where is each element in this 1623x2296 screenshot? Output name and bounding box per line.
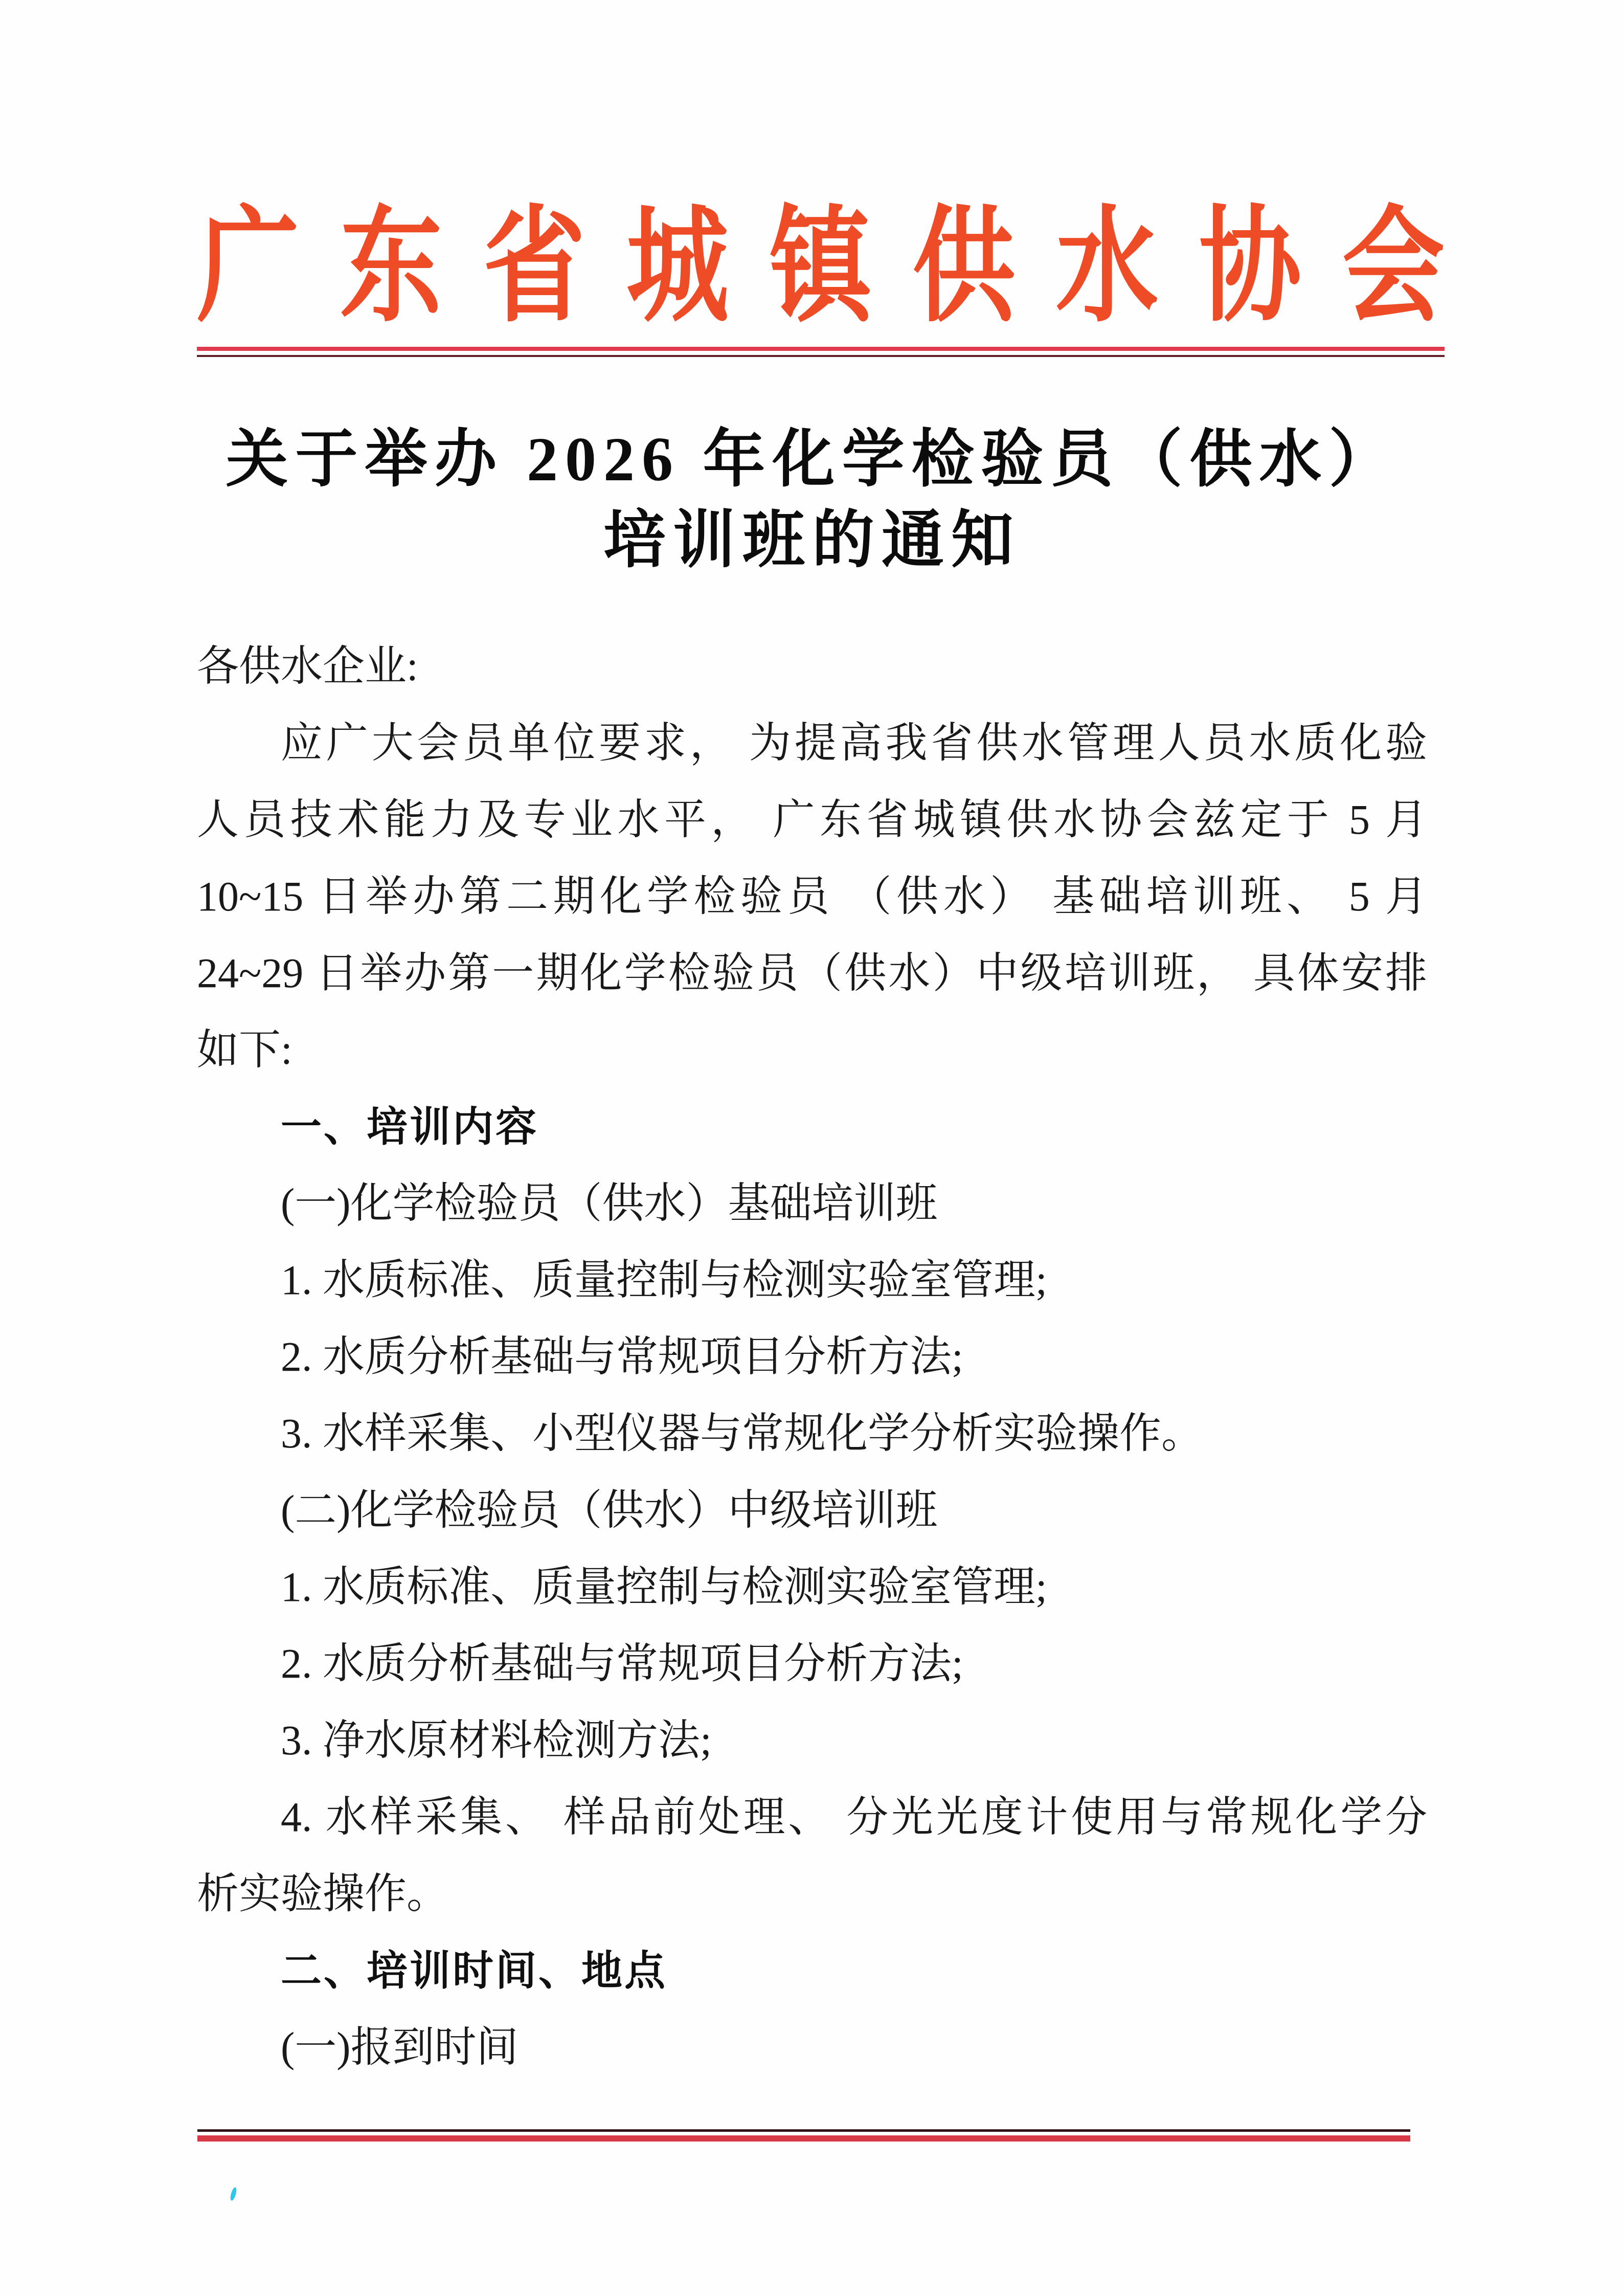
intro-line-2: 人员技术能力及专业水平， 广东省城镇供水协会兹定于 5 月 [197, 782, 1427, 858]
basic-class-item-2: 2. 水质分析基础与常规项目分析方法; [197, 1319, 1427, 1395]
intermediate-class-item-4-line-1: 4. 水样采集、 样品前处理、 分光光度计使用与常规化学分 [197, 1779, 1427, 1856]
organization-letterhead: 广 东 省 城 镇 供 水 协 会 [197, 206, 1445, 330]
report-time-subheading: (一)报到时间 [197, 2009, 1427, 2086]
cyan-pen-mark [229, 2187, 237, 2201]
intro-line-1: 应广大会员单位要求， 为提高我省供水管理人员水质化验 [197, 705, 1427, 782]
footer-rule-dark [197, 2129, 1410, 2132]
title-line-1: 关于举办 2026 年化学检验员（供水） [197, 419, 1427, 500]
intermediate-class-subheading: (二)化学检验员（供水）中级培训班 [197, 1472, 1427, 1549]
notice-page: 广 东 省 城 镇 供 水 协 会 关于举办 2026 年化学检验员（供水） 培… [0, 0, 1623, 2296]
basic-class-item-1: 1. 水质标准、质量控制与检测实验室管理; [197, 1242, 1427, 1319]
intermediate-class-item-1: 1. 水质标准、质量控制与检测实验室管理; [197, 1549, 1427, 1625]
basic-class-item-3: 3. 水样采集、小型仪器与常规化学分析实验操作。 [197, 1395, 1427, 1472]
intermediate-class-item-4-line-2: 析实验操作。 [197, 1856, 1427, 1932]
intro-line-3: 10~15 日举办第二期化学检验员 （供水） 基础培训班、 5 月 [197, 858, 1427, 935]
letterhead-rule-red [197, 347, 1445, 351]
section1-heading: 一、培训内容 [197, 1088, 1427, 1165]
basic-class-subheading: (一)化学检验员（供水）基础培训班 [197, 1165, 1427, 1242]
document-body: 各供水企业: 应广大会员单位要求， 为提高我省供水管理人员水质化验 人员技术能力… [197, 628, 1427, 2086]
footer-rule-red [197, 2135, 1410, 2142]
intermediate-class-item-3: 3. 净水原材料检测方法; [197, 1702, 1427, 1779]
intro-line-5: 如下: [197, 1012, 1427, 1088]
section2-heading: 二、培训时间、地点 [197, 1932, 1427, 2009]
intro-line-4: 24~29 日举办第一期化学检验员（供水）中级培训班， 具体安排 [197, 935, 1427, 1012]
letterhead-rule-dark [197, 355, 1445, 357]
intermediate-class-item-2: 2. 水质分析基础与常规项目分析方法; [197, 1625, 1427, 1702]
document-title: 关于举办 2026 年化学检验员（供水） 培训班的通知 [197, 419, 1427, 581]
salutation: 各供水企业: [197, 628, 1427, 705]
title-line-2: 培训班的通知 [197, 500, 1427, 581]
